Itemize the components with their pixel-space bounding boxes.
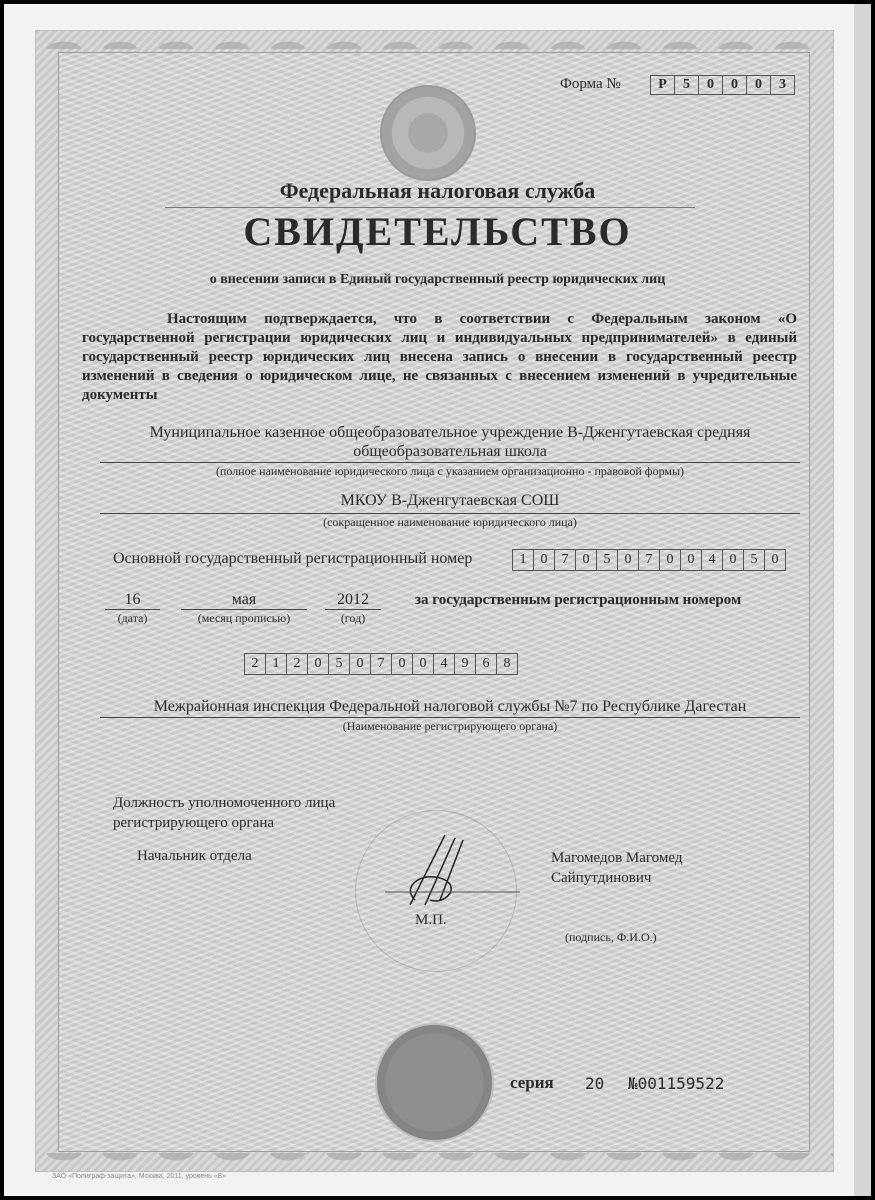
official-name: Магомедов Магомед Сайпутдинович xyxy=(551,848,682,888)
ogrn-cell: 1 xyxy=(513,550,534,570)
official-position-label: Должность уполномоченного лица регистрир… xyxy=(113,793,343,833)
registering-body: Межрайонная инспекция Федеральной налого… xyxy=(100,698,800,716)
certificate-number: №001159522 xyxy=(628,1074,724,1093)
form-label: Форма № xyxy=(560,76,621,93)
underline xyxy=(100,717,800,718)
ogrn-cell: 0 xyxy=(660,550,681,570)
statement-text: Настоящим подтверждается, что в соответс… xyxy=(82,310,797,405)
state-emblem-icon xyxy=(380,85,476,181)
date-month-caption: (месяц прописью) xyxy=(181,611,307,626)
grn-cell: 7 xyxy=(371,654,392,674)
grn-cell: 0 xyxy=(413,654,434,674)
date-day: 16 xyxy=(105,591,160,609)
date-day-caption: (дата) xyxy=(105,611,160,626)
grn-cell: 0 xyxy=(308,654,329,674)
ogrn-cell: 0 xyxy=(618,550,639,570)
agency-name: Федеральная налоговая служба xyxy=(0,178,875,204)
signature-icon xyxy=(385,830,525,910)
form-code-cells: Р 5 0 0 0 3 xyxy=(650,75,795,95)
underline xyxy=(100,462,800,463)
registering-body-caption: (Наименование регистрирующего органа) xyxy=(100,719,800,734)
grn-cell: 2 xyxy=(287,654,308,674)
date-month: мая xyxy=(181,591,307,609)
document-subtitle: о внесении записи в Единый государственн… xyxy=(0,272,875,288)
grn-cell: 4 xyxy=(434,654,455,674)
signature-caption: (подпись, Ф.И.О.) xyxy=(565,930,657,945)
underline xyxy=(181,609,307,610)
form-code-cell: Р xyxy=(651,76,675,94)
ogrn-cell: 0 xyxy=(723,550,744,570)
underline xyxy=(325,609,381,610)
ogrn-cell: 7 xyxy=(555,550,576,570)
ogrn-cell: 0 xyxy=(681,550,702,570)
printer-note: ЗАО «Полиграф-защита», Москва, 2011, уро… xyxy=(52,1173,226,1180)
official-name-line2: Сайпутдинович xyxy=(551,868,682,888)
ogrn-cell: 0 xyxy=(765,550,785,570)
date-year-caption: (год) xyxy=(325,611,381,626)
underline xyxy=(105,609,160,610)
official-position: Начальник отдела xyxy=(137,848,252,865)
grn-cell: 2 xyxy=(245,654,266,674)
form-code-cell: 0 xyxy=(747,76,771,94)
ogrn-cell: 0 xyxy=(534,550,555,570)
ogrn-label: Основной государственный регистрационный… xyxy=(113,550,472,568)
full-name-caption: (полное наименование юридического лица с… xyxy=(100,464,800,479)
underline xyxy=(100,513,800,514)
series-label: серия xyxy=(510,1073,554,1093)
ogrn-cell: 0 xyxy=(576,550,597,570)
grn-cell: 6 xyxy=(476,654,497,674)
date-year: 2012 xyxy=(325,591,381,609)
ogrn-cells: 1 0 7 0 5 0 7 0 0 4 0 5 0 xyxy=(512,549,786,571)
hologram-seal-icon xyxy=(375,1023,494,1142)
grn-cell: 0 xyxy=(392,654,413,674)
document-title: СВИДЕТЕЛЬСТВО xyxy=(0,208,875,255)
short-name-caption: (сокращенное наименование юридического л… xyxy=(100,515,800,530)
grn-cell: 5 xyxy=(329,654,350,674)
series-value: 20 xyxy=(585,1074,604,1093)
stamp-place: М.П. xyxy=(415,912,447,929)
ogrn-cell: 7 xyxy=(639,550,660,570)
full-name: Муниципальное казенное общеобразовательн… xyxy=(100,423,800,461)
form-code-cell: 5 xyxy=(675,76,699,94)
grn-cell: 0 xyxy=(350,654,371,674)
grn-cells: 2 1 2 0 5 0 7 0 0 4 9 6 8 xyxy=(244,653,518,675)
form-code-cell: 0 xyxy=(723,76,747,94)
grn-cell: 1 xyxy=(266,654,287,674)
grn-label: за государственным регистрационным номер… xyxy=(415,592,741,609)
official-name-line1: Магомедов Магомед xyxy=(551,848,682,868)
ogrn-cell: 4 xyxy=(702,550,723,570)
ogrn-cell: 5 xyxy=(744,550,765,570)
ogrn-cell: 5 xyxy=(597,550,618,570)
form-code-cell: 0 xyxy=(699,76,723,94)
form-code-cell: 3 xyxy=(771,76,794,94)
grn-cell: 9 xyxy=(455,654,476,674)
grn-cell: 8 xyxy=(497,654,517,674)
short-name: МКОУ В-Дженгутаевская СОШ xyxy=(100,492,800,510)
